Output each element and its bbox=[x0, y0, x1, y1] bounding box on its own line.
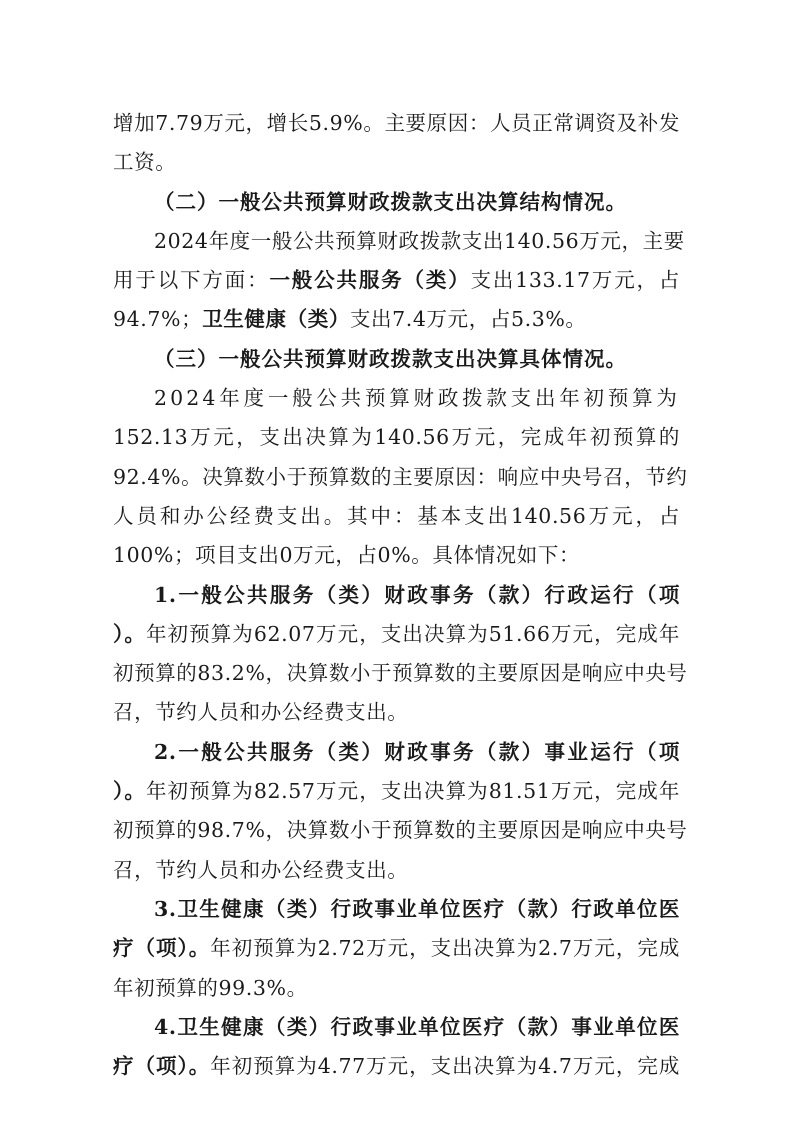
item-heading-tail: 疗（项）。 bbox=[113, 936, 210, 960]
paragraph-line: 年初预算的99.3%。 bbox=[113, 969, 680, 1008]
text-run: 年初预算为4.77万元，支出决算为4.7万元，完成 bbox=[210, 1054, 680, 1078]
section-heading-2: （二）一般公共预算财政拨款支出决算结构情况。 bbox=[113, 183, 680, 222]
text-run: 100%；项目支出0万元，占0%。具体情况如下： bbox=[113, 543, 580, 567]
heading-text: （二）一般公共预算财政拨款支出决算结构情况。 bbox=[154, 190, 627, 214]
text-run: 年初预算的99.3%。 bbox=[113, 976, 308, 1000]
item-heading-text: 4.卫生健康（类）行政事业单位医疗（款）事业单位医 bbox=[154, 1015, 680, 1039]
text-run: 用于以下方面： bbox=[113, 268, 269, 292]
text-run: 年初预算为2.72万元，支出决算为2.7万元，完成 bbox=[210, 936, 680, 960]
item-3-heading: 3.卫生健康（类）行政事业单位医疗（款）行政单位医 bbox=[113, 890, 680, 929]
text-run: 人员和办公经费支出。其中：基本支出140.56万元，占 bbox=[113, 504, 680, 528]
text-run: 支出133.17万元，占 bbox=[471, 268, 680, 292]
item-heading-tail: ）。 bbox=[113, 622, 146, 646]
item-4-heading: 4.卫生健康（类）行政事业单位医疗（款）事业单位医 bbox=[113, 1008, 680, 1047]
paragraph-line: ）。年初预算为62.07万元，支出决算为51.66万元，完成年 bbox=[113, 615, 680, 654]
text-run: 召，节约人员和办公经费支出。 bbox=[113, 700, 408, 724]
paragraph-line: ）。年初预算为82.57万元，支出决算为81.51万元，完成年 bbox=[113, 772, 680, 811]
text-run: 支出7.4万元，占5.3%。 bbox=[350, 307, 587, 331]
text-run: 年初预算为62.07万元，支出决算为51.66万元，完成年 bbox=[146, 622, 680, 646]
paragraph-line: 92.4%。决算数小于预算数的主要原因：响应中央号召，节约 bbox=[113, 458, 680, 497]
paragraph-line: 152.13万元，支出决算为140.56万元，完成年初预算的 bbox=[113, 418, 680, 457]
text-run: 工资。 bbox=[113, 150, 176, 174]
paragraph-line: 100%；项目支出0万元，占0%。具体情况如下： bbox=[113, 536, 680, 575]
paragraph-line: 初预算的83.2%，决算数小于预算数的主要原因是响应中央号 bbox=[113, 654, 680, 693]
text-run: 召，节约人员和办公经费支出。 bbox=[113, 858, 408, 882]
category-label-health: 卫生健康（类） bbox=[202, 307, 350, 331]
item-heading-tail: ）。 bbox=[113, 779, 146, 803]
paragraph-line: 初预算的98.7%，决算数小于预算数的主要原因是响应中央号 bbox=[113, 811, 680, 850]
text-run: 2024年度一般公共预算财政拨款支出年初预算为 bbox=[154, 386, 680, 410]
paragraph-line: 2024年度一般公共预算财政拨款支出140.56万元，主要 bbox=[113, 222, 680, 261]
paragraph-line: 召，节约人员和办公经费支出。 bbox=[113, 693, 680, 732]
paragraph-line: 人员和办公经费支出。其中：基本支出140.56万元，占 bbox=[113, 497, 680, 536]
text-run: 初预算的98.7%，决算数小于预算数的主要原因是响应中央号 bbox=[113, 818, 688, 842]
heading-text: （三）一般公共预算财政拨款支出决算具体情况。 bbox=[154, 347, 627, 371]
text-run: 2024年度一般公共预算财政拨款支出140.56万元，主要 bbox=[154, 229, 685, 253]
text-run: 年初预算为82.57万元，支出决算为81.51万元，完成年 bbox=[146, 779, 680, 803]
item-2-heading: 2.一般公共服务（类）财政事务（款）事业运行（项 bbox=[113, 733, 680, 772]
paragraph-line: 召，节约人员和办公经费支出。 bbox=[113, 851, 680, 890]
paragraph-line: 94.7%；卫生健康（类）支出7.4万元，占5.3%。 bbox=[113, 300, 680, 339]
section-heading-3: （三）一般公共预算财政拨款支出决算具体情况。 bbox=[113, 340, 680, 379]
paragraph-line: 增加7.79万元，增长5.9%。主要原因：人员正常调资及补发 bbox=[113, 104, 680, 143]
item-1-heading: 1.一般公共服务（类）财政事务（款）行政运行（项 bbox=[113, 576, 680, 615]
text-run: 初预算的83.2%，决算数小于预算数的主要原因是响应中央号 bbox=[113, 661, 688, 685]
paragraph-line: 疗（项）。年初预算为2.72万元，支出决算为2.7万元，完成 bbox=[113, 929, 680, 968]
paragraph-line: 用于以下方面：一般公共服务（类）支出133.17万元，占 bbox=[113, 261, 680, 300]
text-run: 92.4%。决算数小于预算数的主要原因：响应中央号召，节约 bbox=[113, 465, 688, 489]
category-label-general-public-services: 一般公共服务（类） bbox=[269, 268, 470, 292]
paragraph-line: 工资。 bbox=[113, 143, 680, 182]
item-heading-tail: 疗（项）。 bbox=[113, 1054, 210, 1078]
text-run: 152.13万元，支出决算为140.56万元，完成年初预算的 bbox=[113, 425, 680, 449]
text-run: 94.7%； bbox=[113, 307, 202, 331]
item-heading-text: 3.卫生健康（类）行政事业单位医疗（款）行政单位医 bbox=[154, 897, 680, 921]
paragraph-line: 疗（项）。年初预算为4.77万元，支出决算为4.7万元，完成 bbox=[113, 1047, 680, 1086]
document-page: 增加7.79万元，增长5.9%。主要原因：人员正常调资及补发 工资。 （二）一般… bbox=[113, 104, 680, 1086]
text-run: 增加7.79万元，增长5.9%。主要原因：人员正常调资及补发 bbox=[113, 111, 680, 135]
item-heading-text: 1.一般公共服务（类）财政事务（款）行政运行（项 bbox=[154, 583, 680, 607]
item-heading-text: 2.一般公共服务（类）财政事务（款）事业运行（项 bbox=[154, 740, 680, 764]
paragraph-line: 2024年度一般公共预算财政拨款支出年初预算为 bbox=[113, 379, 680, 418]
